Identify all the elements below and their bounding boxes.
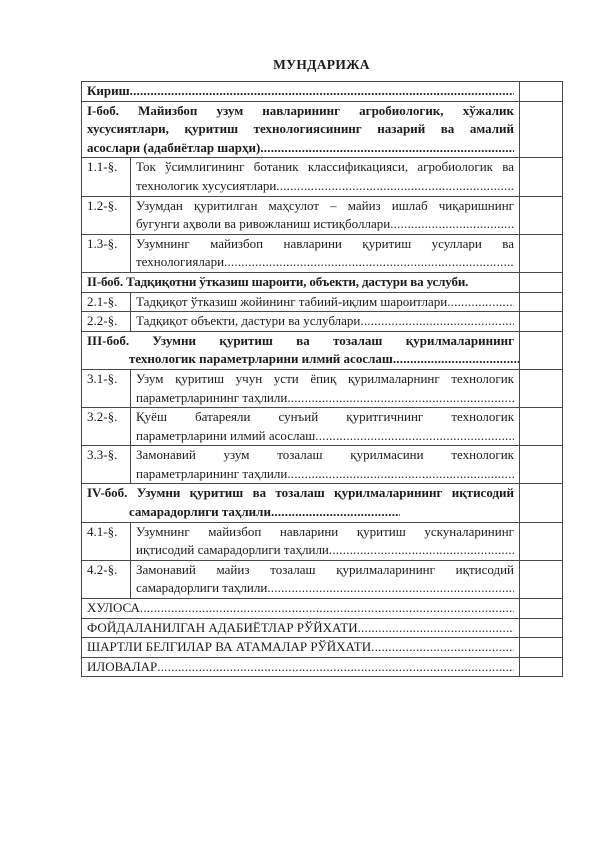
dot-leader [224,253,514,272]
dot-leader [260,139,514,158]
toc-row-section-3-1: 3.1-§. Узум қуритиш учун усти ёпиқ қурил… [82,369,563,407]
section-number: 4.1-§. [82,522,131,560]
dot-leader [447,293,514,312]
dot-leader [390,215,514,234]
toc-row-section-2-2: 2.2-§. Тадқиқот объекти, дастури ва услу… [82,312,563,332]
entry-line: самарадорлиги таҳлили [136,579,267,598]
toc-row-chapter-1: I-боб. Майизбоп узум навларининг агробио… [82,101,563,158]
toc-row-section-3-3: 3.3-§. Замонавий узум тозалаш қурилмасин… [82,446,563,484]
entry-line: технологиялари [136,253,224,272]
dot-leader [358,619,514,638]
entry-line: технологик параметрларини илмий асослаш [129,350,393,369]
dot-leader [140,599,514,618]
toc-row-appendices: ИЛОВАЛАР [82,657,563,677]
entry-line: иқтисодий самарадорлиги таҳлили [136,541,329,560]
entry-line: IV-боб. Узумни қуритиш ва тозалаш қурилм… [87,484,514,503]
entry-title: ИЛОВАЛАР [87,658,157,677]
page-number-cell [520,101,563,158]
page-number-cell [520,618,563,638]
section-number: 4.2-§. [82,560,131,598]
entry-title: Кириш [87,82,130,101]
entry-line: III-боб. Узумни қуритиш ва тозалаш қурил… [87,332,514,351]
entry-line: Узумнинг майизбоп навларини қуритиш усул… [136,235,514,254]
toc-row-chapter-2: II-боб. Тадқиқотни ўтказиш шароити, объе… [82,272,563,292]
toc-entry-text: IV-боб. Узумни қуритиш ва тозалаш қурилм… [82,484,520,522]
section-number: 1.2-§. [82,196,131,234]
dot-leader [360,312,514,331]
entry-line: параметрларининг таҳлили [136,389,287,408]
dot-leader [271,503,400,522]
entry-line: Замонавий майиз тозалаш қурилмаларининг … [136,561,514,580]
toc-entry-text: Тадқиқот объекти, дастури ва услублари [131,312,520,332]
entry-line: Узумнинг майизбоп навларини қуритиш уску… [136,523,514,542]
toc-entry-text: Замонавий майиз тозалаш қурилмаларининг … [131,560,520,598]
toc-entry-text: Узумнинг майизбоп навларини қуритиш усул… [131,234,520,272]
toc-entry-text: Узумдан қуритилган маҳсулот – майиз ишла… [131,196,520,234]
page-number-cell [520,158,563,196]
toc-entry-text: ШАРТЛИ БЕЛГИЛАР ВА АТАМАЛАР РЎЙХАТИ [82,638,520,658]
toc-row-section-1-1: 1.1-§. Ток ўсимлигининг ботаник классифи… [82,158,563,196]
section-number: 1.1-§. [82,158,131,196]
toc-row-section-3-2: 3.2-§. Қуёш батареяли сунъий қуритгичнин… [82,408,563,446]
entry-line: II-боб. Тадқиқотни ўтказиш шароити, объе… [87,273,514,292]
page-number-cell [520,484,563,522]
dot-leader [267,579,514,598]
page-number-cell [520,196,563,234]
document-title: МУНДАРИЖА [81,57,562,73]
page-number-cell [520,312,563,332]
entry-line: Тадқиқот ўтказиш жойининг табиий-иқлим ш… [136,293,447,312]
toc-entry-text: Узум қуритиш учун усти ёпиқ қурилмаларни… [131,369,520,407]
entry-line: асослари (адабиётлар шарҳи) [87,139,260,158]
page-number-cell [520,408,563,446]
section-number: 3.2-§. [82,408,131,446]
entry-title: ХУЛОСА [87,599,140,618]
entry-line: Узумдан қуритилган маҳсулот – майиз ишла… [136,197,514,216]
section-number: 1.3-§. [82,234,131,272]
dot-leader [157,658,514,677]
toc-row-section-4-2: 4.2-§. Замонавий майиз тозалаш қурилмала… [82,560,563,598]
page-number-cell [520,522,563,560]
page-number-cell [520,82,563,102]
entry-line: Замонавий узум тозалаш қурилмасини техно… [136,446,514,465]
entry-line: параметрларини илмий асослаш [136,427,315,446]
page-number-cell [520,369,563,407]
toc-row-section-2-1: 2.1-§. Тадқиқот ўтказиш жойининг табиий-… [82,292,563,312]
toc-entry-text: Замонавий узум тозалаш қурилмасини техно… [131,446,520,484]
page-number-cell [520,331,563,369]
page-number-cell [520,638,563,658]
entry-title: ШАРТЛИ БЕЛГИЛАР ВА АТАМАЛАР РЎЙХАТИ [87,638,371,657]
toc-row-chapter-3: III-боб. Узумни қуритиш ва тозалаш қурил… [82,331,563,369]
page-number-cell [520,560,563,598]
toc-entry-text: ФОЙДАЛАНИЛГАН АДАБИЁТЛАР РЎЙХАТИ [82,618,520,638]
entry-line: Қуёш батареяли сунъий қуритгичнинг техно… [136,408,514,427]
entry-line: хусусиятлари, қуритиш технологиясининг н… [87,120,514,139]
table-of-contents: Кириш I-боб. Майизбоп узум навларининг а… [81,81,563,677]
entry-line: Тадқиқот объекти, дастури ва услублари [136,312,360,331]
section-number: 2.1-§. [82,292,131,312]
toc-entry-text: Узумнинг майизбоп навларини қуритиш уску… [131,522,520,560]
entry-line: технологик хусусиятлари [136,177,276,196]
toc-entry-text: Ток ўсимлигининг ботаник классификацияси… [131,158,520,196]
toc-row-section-4-1: 4.1-§. Узумнинг майизбоп навларини қурит… [82,522,563,560]
toc-row-intro: Кириш [82,82,563,102]
dot-leader [287,389,514,408]
toc-entry-text: ИЛОВАЛАР [82,657,520,677]
dot-leader [393,350,520,369]
entry-line: Ток ўсимлигининг ботаник классификацияси… [136,158,514,177]
toc-row-references: ФОЙДАЛАНИЛГАН АДАБИЁТЛАР РЎЙХАТИ [82,618,563,638]
dot-leader [329,541,514,560]
toc-row-chapter-4: IV-боб. Узумни қуритиш ва тозалаш қурилм… [82,484,563,522]
section-number: 3.3-§. [82,446,131,484]
entry-line: Узум қуритиш учун усти ёпиқ қурилмаларни… [136,370,514,389]
dot-leader [130,82,514,101]
toc-entry-text: Тадқиқот ўтказиш жойининг табиий-иқлим ш… [131,292,520,312]
entry-line: I-боб. Майизбоп узум навларининг агробио… [87,102,514,121]
entry-line: бугунги аҳволи ва ривожланиш истиқболлар… [136,215,390,234]
page-number-cell [520,599,563,619]
page-number-cell [520,292,563,312]
toc-entry-text: Қуёш батареяли сунъий қуритгичнинг техно… [131,408,520,446]
entry-title: ФОЙДАЛАНИЛГАН АДАБИЁТЛАР РЎЙХАТИ [87,619,358,638]
entry-line: самарадорлиги таҳлили [129,503,271,522]
dot-leader [276,177,514,196]
dot-leader [315,427,514,446]
toc-entry-text: Кириш [82,82,520,102]
page-number-cell [520,234,563,272]
page-number-cell [520,272,563,292]
toc-row-abbreviations: ШАРТЛИ БЕЛГИЛАР ВА АТАМАЛАР РЎЙХАТИ [82,638,563,658]
toc-entry-text: III-боб. Узумни қуритиш ва тозалаш қурил… [82,331,520,369]
section-number: 3.1-§. [82,369,131,407]
section-number: 2.2-§. [82,312,131,332]
toc-entry-text: I-боб. Майизбоп узум навларининг агробио… [82,101,520,158]
entry-line: параметрларининг таҳлили [136,465,287,484]
toc-row-section-1-2: 1.2-§. Узумдан қуритилган маҳсулот – май… [82,196,563,234]
dot-leader [287,465,514,484]
page-number-cell [520,446,563,484]
page-number-cell [520,657,563,677]
toc-entry-text: ХУЛОСА [82,599,520,619]
toc-entry-text: II-боб. Тадқиқотни ўтказиш шароити, объе… [82,272,520,292]
toc-row-conclusion: ХУЛОСА [82,599,563,619]
dot-leader [371,638,514,657]
toc-row-section-1-3: 1.3-§. Узумнинг майизбоп навларини қурит… [82,234,563,272]
